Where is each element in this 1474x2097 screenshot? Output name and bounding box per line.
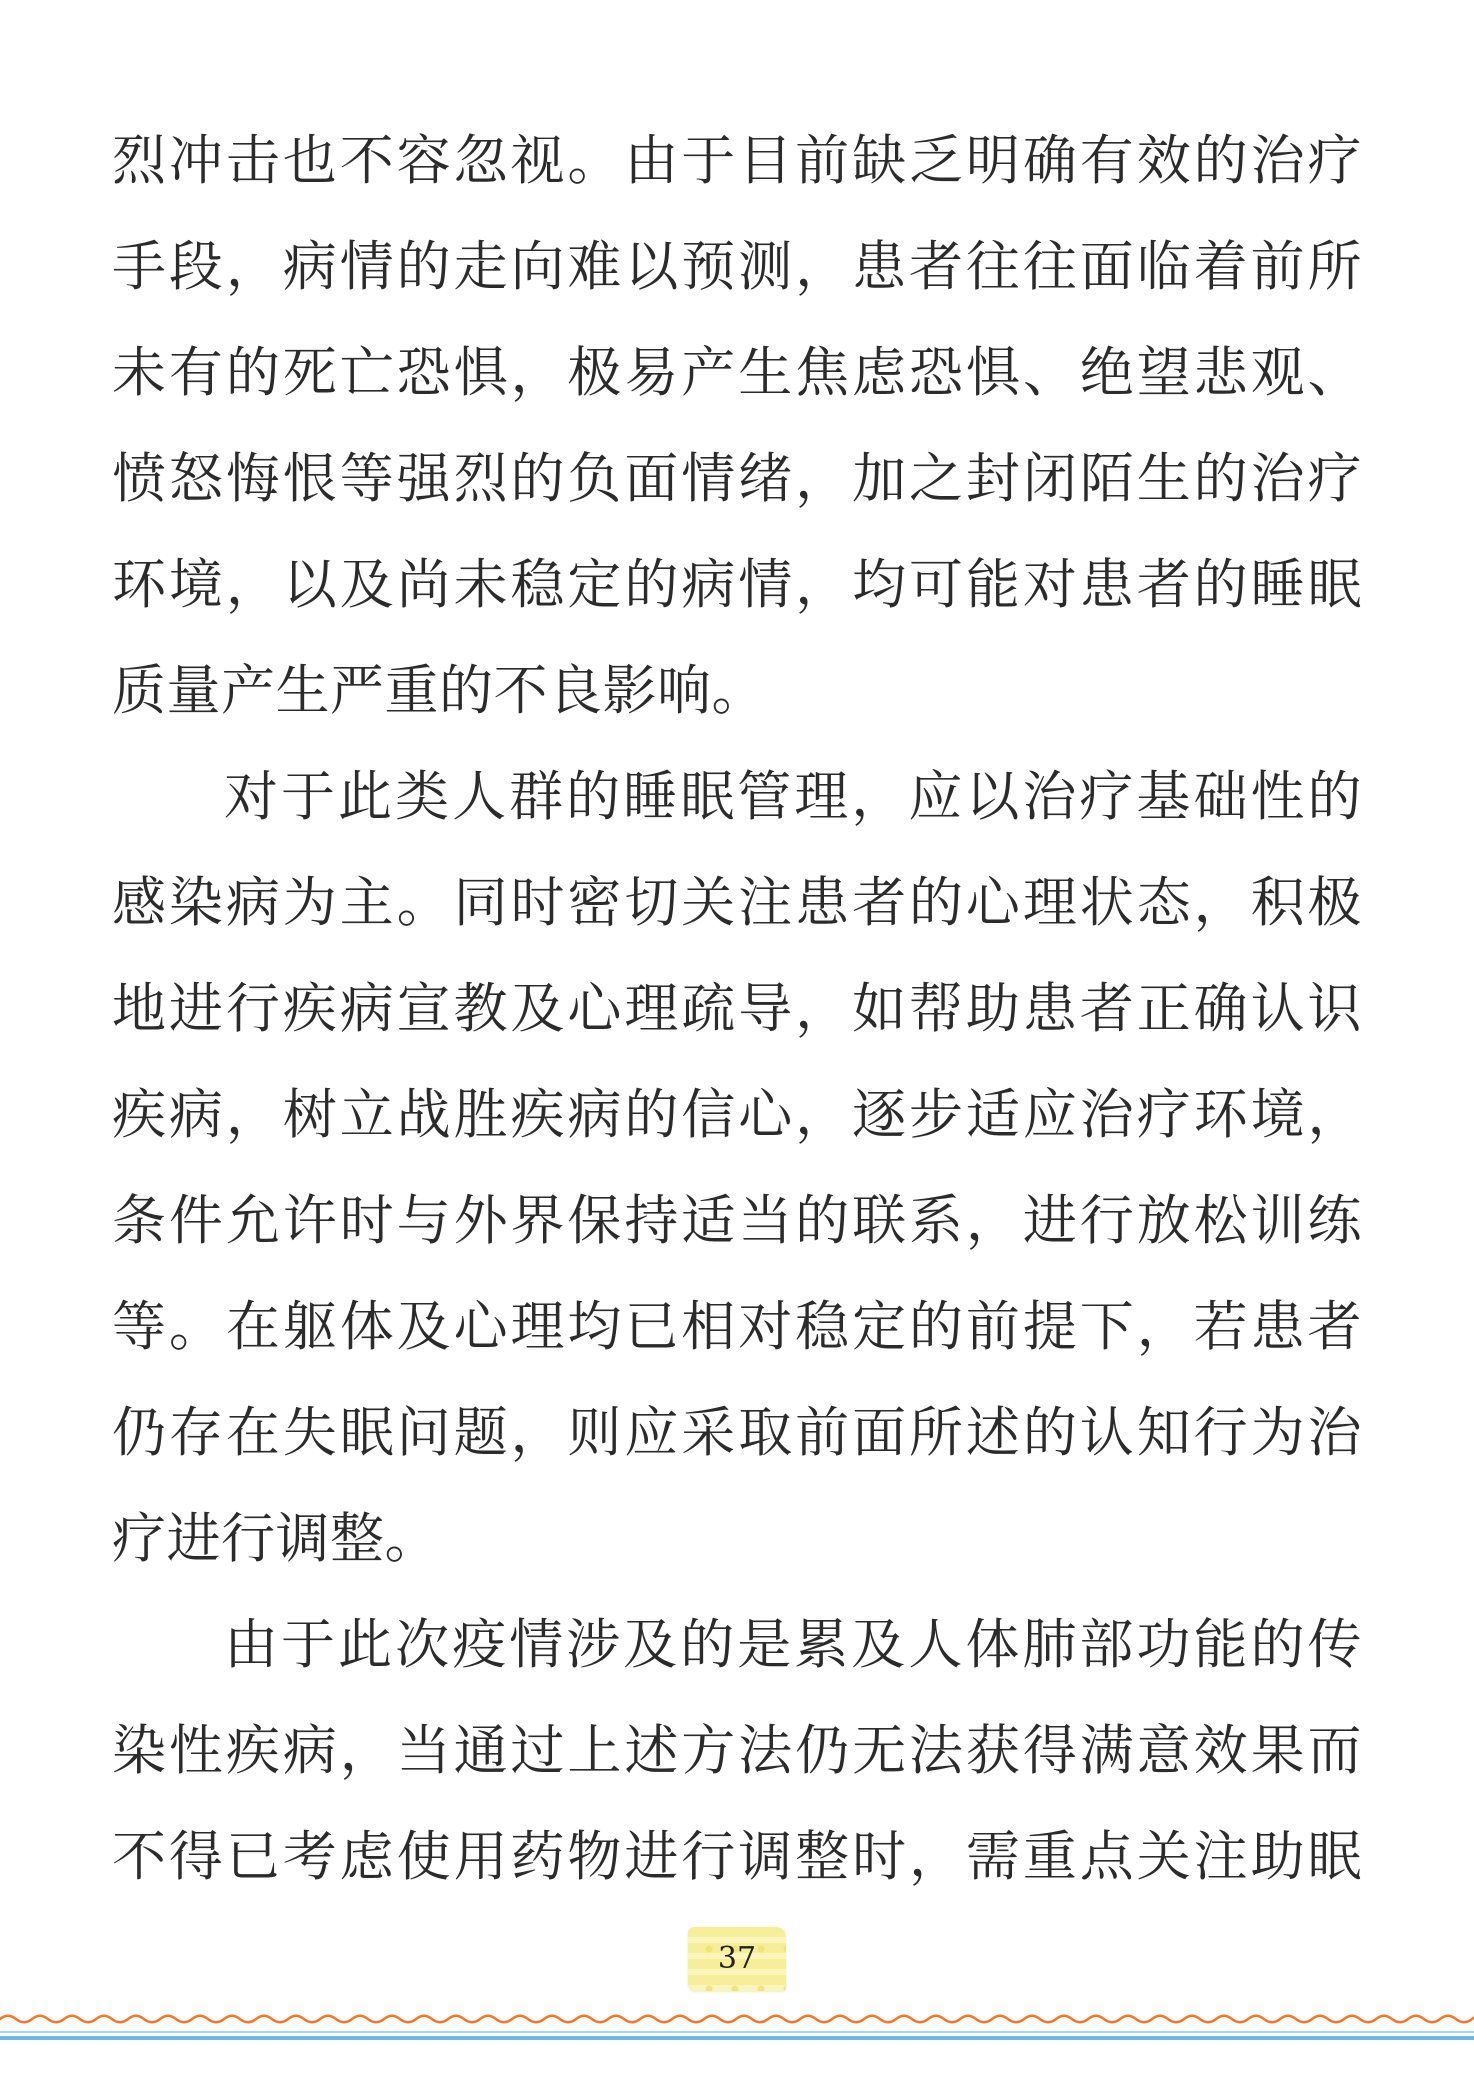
wave-line-icon	[0, 2016, 1474, 2022]
page-number-badge: 37	[688, 1927, 786, 1991]
page-number: 37	[688, 1927, 786, 1991]
text-line: 仍存在失眠问题，则应采取前面所述的认知行为治	[112, 1380, 1362, 1486]
text-line: 染性疾病，当通过上述方法仍无法获得满意效果而	[112, 1698, 1362, 1804]
text-line: 由于此次疫情涉及的是累及人体肺部功能的传	[112, 1592, 1362, 1698]
text-line: 疾病，树立战胜疾病的信心，逐步适应治疗环境，	[112, 1062, 1362, 1168]
text-line: 不得已考虑使用药物进行调整时，需重点关注助眠	[112, 1804, 1362, 1910]
text-line: 条件允许时与外界保持适当的联系，进行放松训练	[112, 1168, 1362, 1274]
text-line: 质量产生严重的不良影响。	[112, 638, 1362, 744]
footer-decoration	[0, 2005, 1474, 2050]
text-line: 愤怒悔恨等强烈的负面情绪，加之封闭陌生的治疗	[112, 426, 1362, 532]
text-line: 地进行疾病宣教及心理疏导，如帮助患者正确认识	[112, 956, 1362, 1062]
text-line: 未有的死亡恐惧，极易产生焦虑恐惧、绝望悲观、	[112, 320, 1362, 426]
page-body: 烈冲击也不容忽视。由于目前缺乏明确有效的治疗 手段，病情的走向难以预测，患者往往…	[112, 108, 1362, 1910]
paragraph-1: 烈冲击也不容忽视。由于目前缺乏明确有效的治疗 手段，病情的走向难以预测，患者往往…	[112, 108, 1362, 744]
text-line: 烈冲击也不容忽视。由于目前缺乏明确有效的治疗	[112, 108, 1362, 214]
text-line: 手段，病情的走向难以预测，患者往往面临着前所	[112, 214, 1362, 320]
text-line: 对于此类人群的睡眠管理，应以治疗基础性的	[112, 744, 1362, 850]
paragraph-3: 由于此次疫情涉及的是累及人体肺部功能的传 染性疾病，当通过上述方法仍无法获得满意…	[112, 1592, 1362, 1910]
text-line: 环境，以及尚未稳定的病情，均可能对患者的睡眠	[112, 532, 1362, 638]
paragraph-2: 对于此类人群的睡眠管理，应以治疗基础性的 感染病为主。同时密切关注患者的心理状态…	[112, 744, 1362, 1592]
text-line: 疗进行调整。	[112, 1486, 1362, 1592]
text-line: 感染病为主。同时密切关注患者的心理状态，积极	[112, 850, 1362, 956]
text-line: 等。在躯体及心理均已相对稳定的前提下，若患者	[112, 1274, 1362, 1380]
